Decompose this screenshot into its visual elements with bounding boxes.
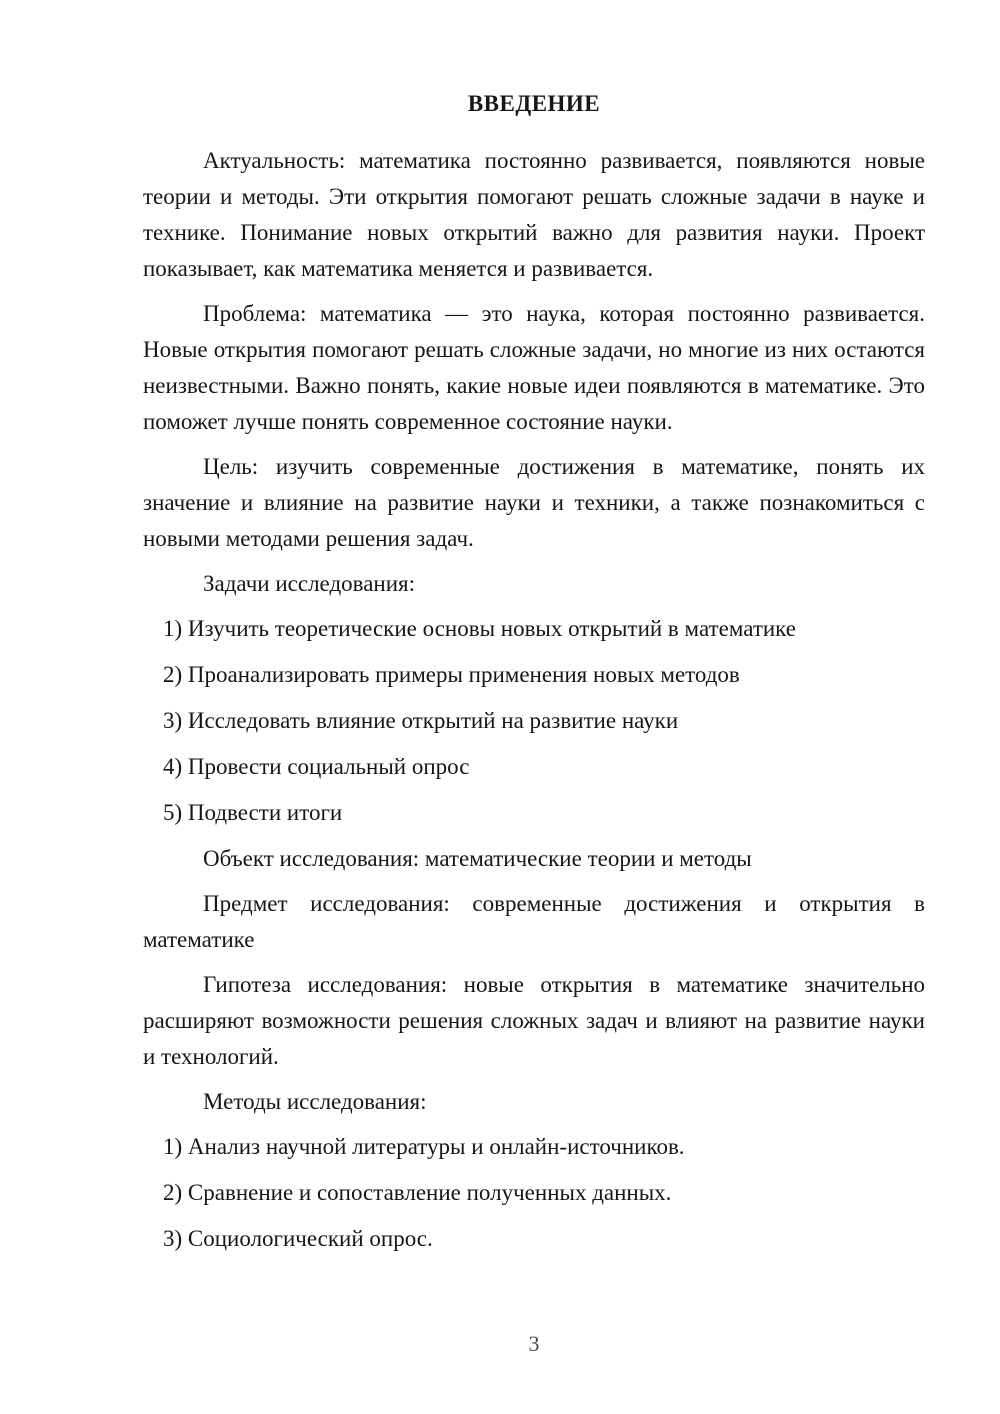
method-item-2: 2) Сравнение и сопоставление полученных …	[163, 1175, 925, 1211]
task-item-2: 2) Проанализировать примеры применения н…	[163, 657, 925, 693]
paragraph-relevance: Актуальность: математика постоянно разви…	[143, 143, 925, 287]
task-item-5: 5) Подвести итоги	[163, 795, 925, 831]
paragraph-subject: Предмет исследования: современные достиж…	[143, 886, 925, 958]
page-title: ВВЕДЕНИЕ	[143, 86, 925, 122]
methods-heading: Методы исследования:	[143, 1084, 925, 1120]
task-item-1: 1) Изучить теоретические основы новых от…	[163, 611, 925, 647]
method-item-3: 3) Социологический опрос.	[163, 1221, 925, 1257]
paragraph-goal: Цель: изучить современные достижения в м…	[143, 449, 925, 557]
task-item-4: 4) Провести социальный опрос	[163, 749, 925, 785]
tasks-heading: Задачи исследования:	[143, 566, 925, 602]
page-number: 3	[143, 1330, 925, 1358]
paragraph-problem: Проблема: математика — это наука, котора…	[143, 296, 925, 440]
method-item-1: 1) Анализ научной литературы и онлайн-ис…	[163, 1129, 925, 1165]
paragraph-object: Объект исследования: математические теор…	[143, 841, 925, 877]
document-body: ВВЕДЕНИЕ Актуальность: математика постоя…	[143, 86, 925, 1267]
paragraph-hypothesis: Гипотеза исследования: новые открытия в …	[143, 967, 925, 1075]
task-item-3: 3) Исследовать влияние открытий на разви…	[163, 703, 925, 739]
document-page: ВВЕДЕНИЕ Актуальность: математика постоя…	[0, 0, 1000, 1414]
